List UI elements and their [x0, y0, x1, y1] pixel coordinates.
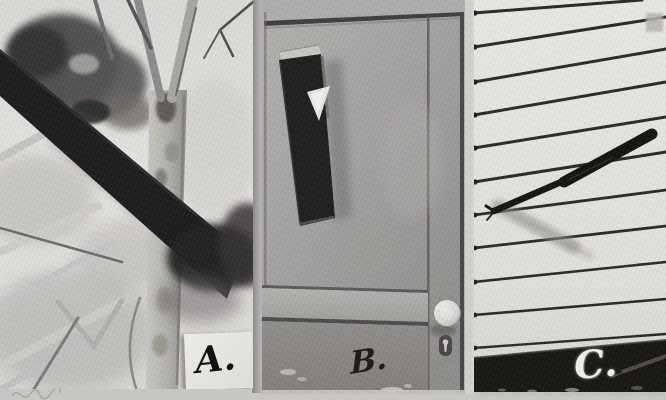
photo-a-board-in-tree: A. — [0, 0, 253, 389]
storm-damage-photo-composite: A. — [0, 0, 666, 400]
photo-a-art — [0, 0, 253, 389]
photo-c-left-border — [472, 0, 474, 396]
photo-c-stick-in-siding: C. — [472, 0, 666, 396]
pencil-scribble — [10, 388, 62, 400]
lock-rail-art — [262, 285, 428, 394]
photo-b-art — [262, 0, 472, 394]
wall-patch — [646, 13, 663, 32]
photo-a-label: A. — [193, 339, 237, 379]
photo-b-bottom-border — [262, 390, 464, 394]
photo-c-art — [472, 0, 666, 396]
photo-c-label: C. — [572, 343, 618, 385]
photo-a-label-patch: A. — [184, 332, 253, 389]
photo-b-label: B. — [349, 343, 387, 380]
photo-b-board-in-door: B. — [262, 0, 472, 394]
keyhole — [439, 335, 452, 356]
